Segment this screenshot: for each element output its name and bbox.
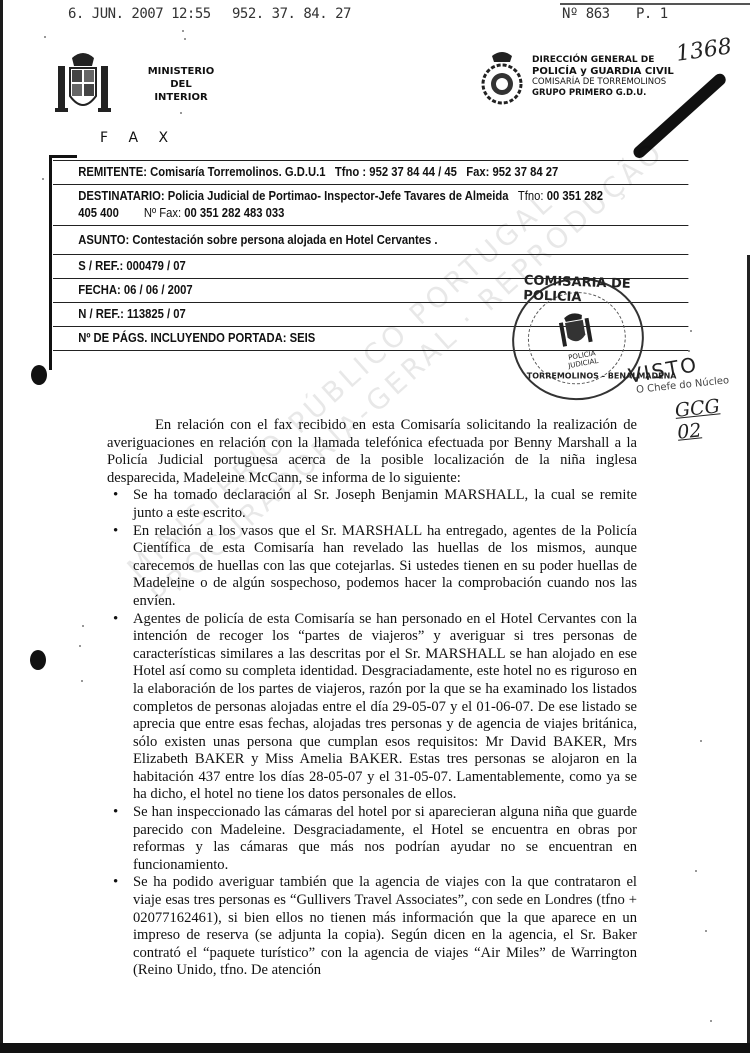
direccion-general-label: DIRECCIÓN GENERAL DE POLICÍA y GUARDIA C… bbox=[532, 55, 674, 99]
asunto-value: Contestación sobre persona alojada en Ho… bbox=[132, 233, 437, 247]
remitente-fax-label: Fax: bbox=[466, 165, 489, 179]
destinatario-tfno-1: 00 351 282 bbox=[547, 189, 603, 203]
direccion-line3: COMISARÍA DE TORREMOLINOS bbox=[532, 77, 674, 88]
fecha-label: FECHA: bbox=[78, 283, 120, 297]
row-destinatario: DESTINATARIO: Policia Judicial de Portim… bbox=[53, 185, 688, 226]
policia-badge-icon bbox=[480, 48, 524, 108]
destinatario-label: DESTINATARIO: bbox=[78, 189, 164, 203]
remitente-value: Comisaría Torremolinos. G.D.U.1 bbox=[150, 165, 325, 179]
destinatario-fax: 00 351 282 483 033 bbox=[184, 206, 284, 220]
direccion-line2: POLICÍA y GUARDIA CIVIL bbox=[532, 66, 674, 77]
direccion-line1: DIRECCIÓN GENERAL DE bbox=[532, 55, 674, 66]
list-item: En relación a los vasos que el Sr. MARSH… bbox=[133, 523, 637, 611]
spanish-coat-of-arms-icon bbox=[52, 48, 114, 118]
stamp-top-text: COMISARIA DE POLICIA bbox=[523, 273, 634, 307]
n-ref-value: 113825 / 07 bbox=[127, 307, 186, 321]
destinatario-fax-label: Nº Fax: bbox=[144, 206, 181, 220]
ministerio-label: MINISTERIO DEL INTERIOR bbox=[136, 65, 226, 104]
s-ref-value: 000479 / 07 bbox=[126, 259, 185, 273]
remitente-tfno: 952 37 84 44 / 45 bbox=[369, 165, 457, 179]
remitente-label: REMITENTE: bbox=[78, 165, 147, 179]
scan-left-edge bbox=[0, 0, 3, 1053]
comisaria-stamp: COMISARIA DE POLICIA POLICIA JUDICIAL TO… bbox=[502, 267, 653, 410]
findings-list: Se ha tomado declaración al Sr. Joseph B… bbox=[107, 487, 637, 980]
s-ref-label: S / REF.: bbox=[78, 259, 123, 273]
paginas-value: SEIS bbox=[290, 331, 316, 345]
ministerio-line2: INTERIOR bbox=[136, 91, 226, 104]
letter-body: En relación con el fax recibido en esta … bbox=[107, 417, 637, 980]
table-bracket bbox=[49, 155, 52, 370]
scan-bottom-edge bbox=[0, 1043, 750, 1053]
destinatario-value: Policia Judicial de Portimao- Inspector-… bbox=[168, 189, 509, 203]
fax-number: Nº 863 bbox=[562, 6, 610, 22]
fax-page: P. 1 bbox=[636, 6, 668, 22]
n-ref-label: N / REF.: bbox=[78, 307, 124, 321]
row-asunto: ASUNTO: Contestación sobre persona aloja… bbox=[53, 226, 688, 255]
destinatario-tfno-label: Tfno: bbox=[518, 189, 544, 203]
direccion-line4: GRUPO PRIMERO G.D.U. bbox=[532, 88, 674, 99]
remitente-fax: 952 37 84 27 bbox=[493, 165, 559, 179]
stamp-coat-of-arms-icon bbox=[555, 308, 595, 351]
punch-hole-mark bbox=[31, 365, 47, 385]
list-item: Se han inspeccionado las cámaras del hot… bbox=[133, 804, 637, 874]
remitente-tfno-label: Tfno : bbox=[335, 165, 366, 179]
asunto-label: ASUNTO: bbox=[78, 233, 129, 247]
fax-transmission-header: 6. JUN. 2007 12:55 952. 37. 84. 27 Nº 86… bbox=[0, 6, 750, 26]
fax-title: F A X bbox=[100, 130, 176, 146]
destinatario-tfno-2: 405 400 bbox=[78, 206, 119, 220]
list-item: Agentes de policía de esta Comisaría se … bbox=[133, 611, 637, 805]
row-remitente: REMITENTE: Comisaría Torremolinos. G.D.U… bbox=[53, 160, 688, 185]
table-bracket-top bbox=[49, 155, 77, 158]
fax-header-rule bbox=[560, 3, 750, 5]
handwritten-initials: GCG 02 bbox=[674, 392, 750, 443]
ministerio-line1: MINISTERIO DEL bbox=[136, 65, 226, 91]
fax-phone: 952. 37. 84. 27 bbox=[232, 6, 351, 22]
punch-hole-mark bbox=[30, 650, 46, 670]
intro-paragraph: En relación con el fax recibido en esta … bbox=[107, 417, 637, 487]
handwritten-page-number: 1368 bbox=[675, 34, 734, 67]
fecha-value: 06 / 06 / 2007 bbox=[124, 283, 193, 297]
list-item: Se ha tomado declaración al Sr. Joseph B… bbox=[133, 487, 637, 522]
paginas-label: Nº DE PÁGS. INCLUYENDO PORTADA: bbox=[78, 331, 286, 345]
list-item: Se ha podido averiguar también que la ag… bbox=[133, 874, 637, 980]
fax-timestamp: 6. JUN. 2007 12:55 bbox=[68, 6, 211, 22]
